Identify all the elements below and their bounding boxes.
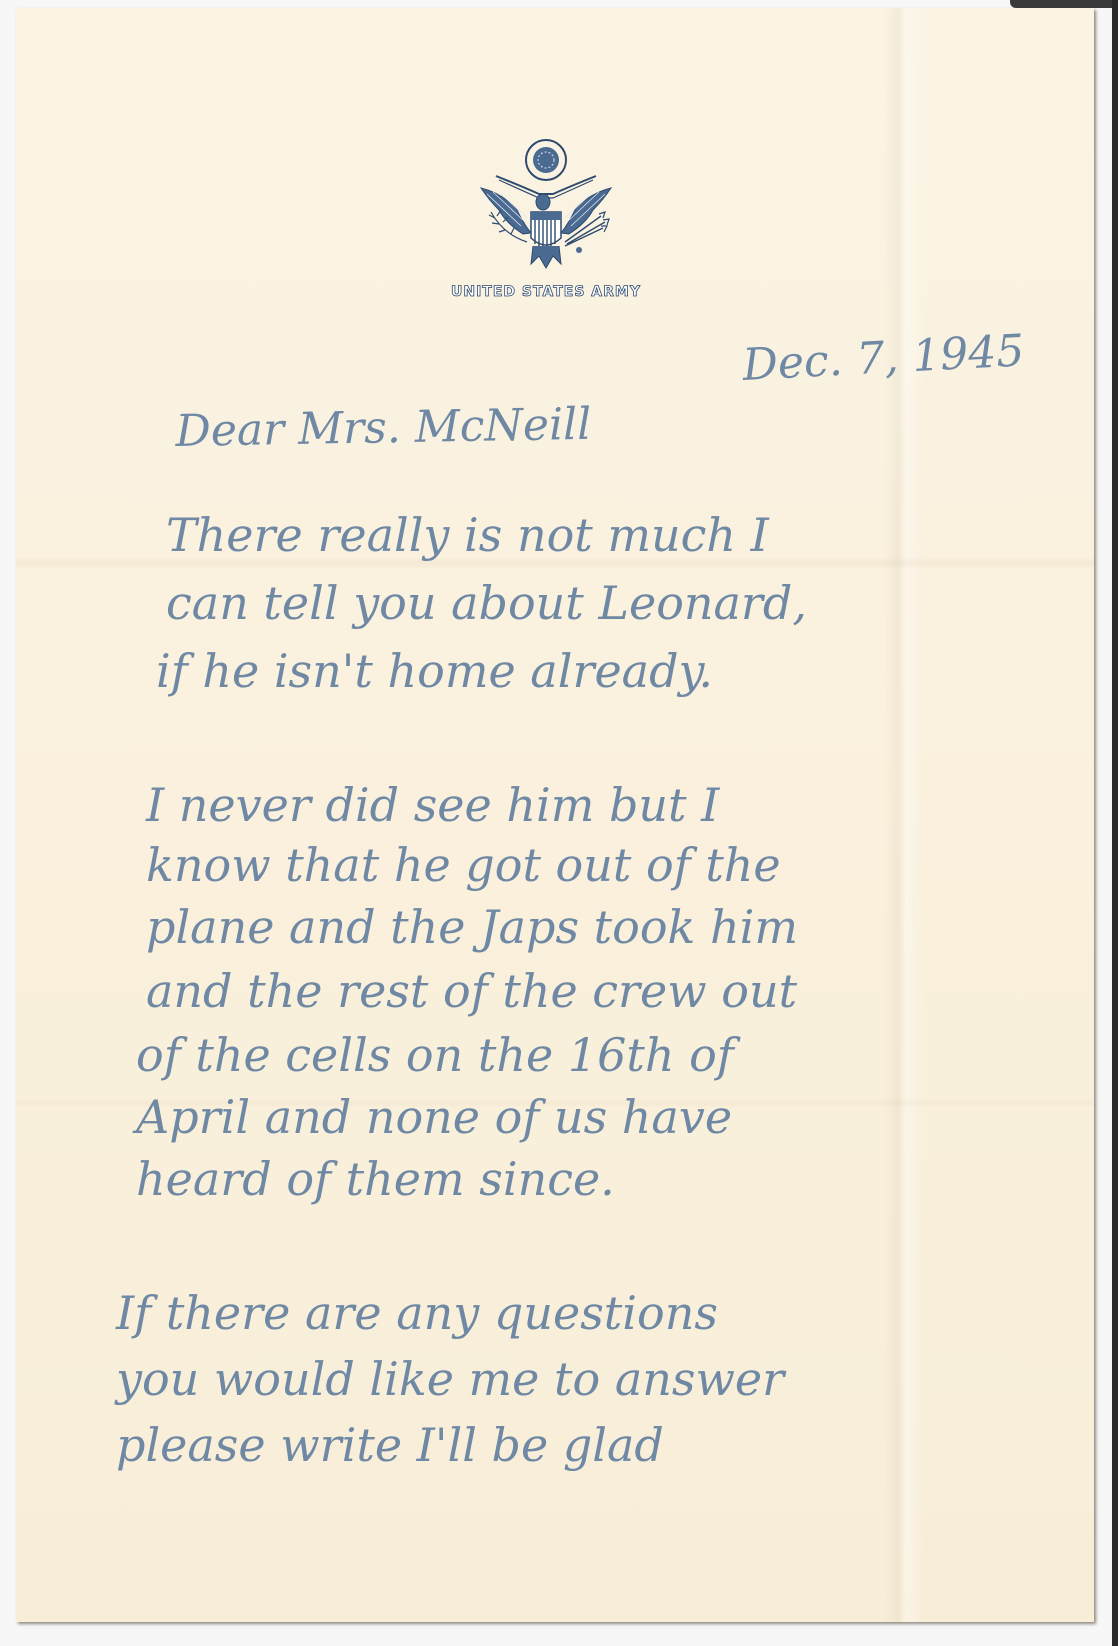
great-seal-eagle-icon xyxy=(461,138,631,276)
letter-paper: UNITED STATES ARMY Dec. 7, 1945 Dear Mrs… xyxy=(16,8,1094,1622)
letter-line: can tell you about Leonard, xyxy=(166,576,807,630)
letter-line: If there are any questions xyxy=(116,1286,718,1340)
letter-line: please write I'll be glad xyxy=(116,1418,664,1472)
scanner-edge-right xyxy=(1112,0,1118,1646)
letterhead-title: UNITED STATES ARMY xyxy=(436,284,656,300)
letter-line: There really is not much I xyxy=(166,508,769,562)
letter-line: heard of them since. xyxy=(136,1152,615,1206)
letter-line: you would like me to answer xyxy=(116,1352,784,1406)
letter-line: if he isn't home already. xyxy=(156,644,713,698)
letter-line: plane and the Japs took him xyxy=(146,900,798,954)
scanner-edge-top xyxy=(1010,0,1118,8)
letter-line: and the rest of the crew out xyxy=(146,964,797,1018)
letter-date: Dec. 7, 1945 xyxy=(741,325,1025,391)
letter-salutation: Dear Mrs. McNeill xyxy=(175,399,591,457)
letter-line: April and none of us have xyxy=(136,1090,732,1144)
letter-line: of the cells on the 16th of xyxy=(136,1028,734,1082)
letter-line: know that he got out of the xyxy=(146,838,781,892)
letter-line: I never did see him but I xyxy=(146,778,719,832)
letterhead: UNITED STATES ARMY xyxy=(436,138,656,300)
paper-fold-vertical xyxy=(884,8,924,1622)
